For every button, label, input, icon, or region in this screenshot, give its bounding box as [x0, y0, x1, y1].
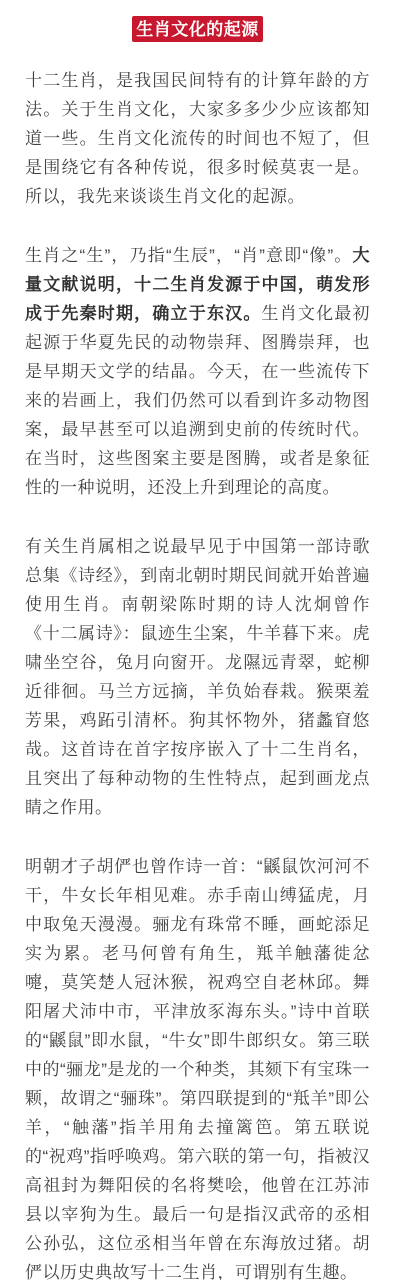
article-title-badge: 生肖文化的起源 — [132, 16, 263, 42]
paragraph-origin: 生肖之“生”，乃指“生辰”，“肖”意即“像”。大量文献说明，十二生肖发源于中国，… — [25, 241, 370, 502]
paragraph-text: 有关生肖属相之说最早见于中国第一部诗歌总集《诗经》，到南北朝时期民间就开始普遍使… — [25, 537, 370, 817]
paragraph-intro: 十二生肖，是我国民间特有的计算年龄的方法。关于生肖文化，大家多多少少应该都知道一… — [25, 66, 370, 211]
paragraph-shijing-poem: 有关生肖属相之说最早见于中国第一部诗歌总集《诗经》，到南北朝时期民间就开始普遍使… — [25, 532, 370, 822]
paragraph-text: 十二生肖，是我国民间特有的计算年龄的方法。关于生肖文化，大家多多少少应该都知道一… — [25, 71, 370, 206]
paragraph-huyan-poem: 明朝才子胡俨也曾作诗一首：“鼷鼠饮河河不干，牛女长年相见难。赤手南山缚猛虎，月中… — [25, 852, 370, 1280]
title-row: 生肖文化的起源 — [25, 16, 370, 42]
paragraph-text: 生肖之“生”，乃指“生辰”，“肖”意即“像”。 — [25, 246, 353, 265]
article-body: 十二生肖，是我国民间特有的计算年龄的方法。关于生肖文化，大家多多少少应该都知道一… — [25, 66, 370, 1280]
article-page: 生肖文化的起源 十二生肖，是我国民间特有的计算年龄的方法。关于生肖文化，大家多多… — [0, 0, 395, 1280]
paragraph-text: 明朝才子胡俨也曾作诗一首：“鼷鼠饮河河不干，牛女长年相见难。赤手南山缚猛虎，月中… — [25, 857, 370, 1280]
paragraph-text: 生肖文化最初起源于华夏先民的动物崇拜、图腾崇拜，也是早期天文学的结晶。今天，在一… — [25, 304, 370, 497]
